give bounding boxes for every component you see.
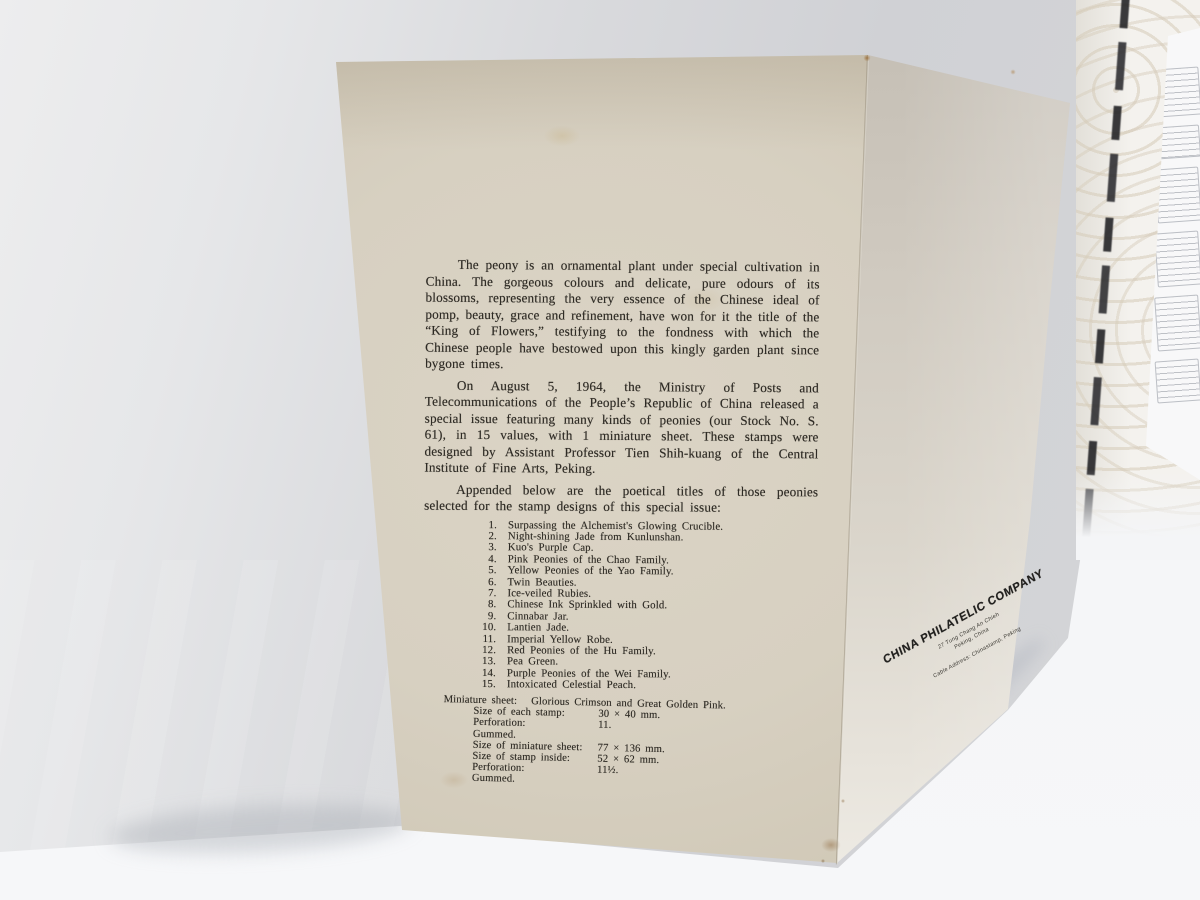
reference-sheet-box <box>1154 231 1200 288</box>
stamp-title-number: 10. <box>463 622 496 634</box>
stamp-title-number: 15. <box>463 679 496 691</box>
spec-label: Gummed. <box>472 773 597 787</box>
reference-sheet-box <box>1154 295 1200 352</box>
stamp-title-item: 15.Intoxicated Celestial Peach. <box>463 679 817 693</box>
reference-sheet-box <box>1154 167 1200 224</box>
reference-sheet-box <box>1155 359 1200 404</box>
spec-value: 77 × 136 mm. <box>597 742 665 755</box>
paragraph-list-intro: Appended below are the poetical titles o… <box>424 481 818 517</box>
stamp-title-list: 1.Surpassing the Alchemist's Glowing Cru… <box>463 519 818 693</box>
paragraph-peony-intro: The peony is an ornamental plant under s… <box>425 257 820 375</box>
paragraph-issue-details: On August 5, 1964, the Ministry of Posts… <box>424 377 819 479</box>
stamp-title-text: Intoxicated Celestial Peach. <box>507 679 636 691</box>
stamp-title-number: 3. <box>464 542 497 554</box>
spec-rows: Size of each stamp:30 × 40 mm.Perforatio… <box>421 704 817 791</box>
miniature-sheet-specs: Miniature sheet: Glorious Crimson and Gr… <box>421 693 817 792</box>
printed-text-block: The peony is an ornamental plant under s… <box>422 257 820 786</box>
stamp-title-number: 5. <box>464 565 497 577</box>
photo-scene: The peony is an ornamental plant under s… <box>0 0 1200 900</box>
miniature-sheet-label: Miniature sheet: <box>444 694 518 707</box>
spec-value: 11. <box>598 720 612 732</box>
spec-value: 30 × 40 mm. <box>598 708 660 721</box>
curtain-fade <box>1076 470 1200 560</box>
spec-value: 11½. <box>597 764 619 776</box>
